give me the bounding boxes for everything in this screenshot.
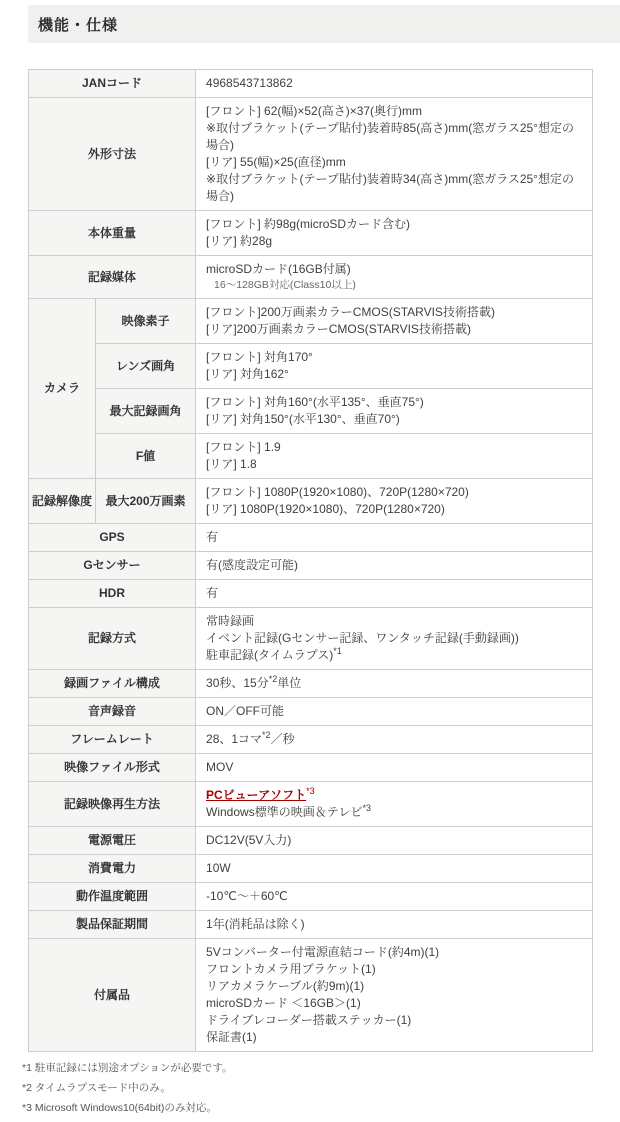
footnote: *2 タイムラプスモード中のみ。 [22,1082,620,1095]
spec-value-line: microSDカード ＜16GB＞(1) [206,995,582,1012]
spec-value-line: 5Vコンバーター付電源直結コード(約4m)(1) [206,944,582,961]
spec-text: 駐車記録(タイムラプス) [206,648,333,662]
spec-row: 本体重量[フロント] 約98g(microSDカード含む)[リア] 約28g [29,211,593,256]
spec-value-line: 保証書(1) [206,1029,582,1046]
spec-label: Gセンサー [29,552,196,580]
section-header-banner: 機能・仕様 [28,5,620,43]
spec-text: 常時録画 [206,614,254,628]
spec-text: [リア] 1080P(1920×1080)、720P(1280×720) [206,502,445,516]
spec-value-line: 有 [206,585,582,602]
spec-value-line: [リア] 55(幅)×25(直径)mm [206,154,582,171]
footnotes: *1 駐車記録には別途オプションが必要です。*2 タイムラプスモード中のみ。*3… [22,1062,620,1115]
spec-row: JANコード4968543713862 [29,70,593,98]
spec-sublabel: 映像素子 [96,299,196,344]
page: 機能・仕様 JANコード4968543713862外形寸法[フロント] 62(幅… [0,5,620,1115]
spec-value-line: 1年(消耗品は除く) [206,916,582,933]
spec-sublabel: F値 [96,434,196,479]
spec-row: カメラ映像素子[フロント]200万画素カラーCMOS(STARVIS技術搭載)[… [29,299,593,344]
spec-value: [フロント] 対角160°(水平135°、垂直75°)[リア] 対角150°(水… [196,389,593,434]
spec-text: イベント記録(Gセンサー記録、ワンタッチ記録(手動録画)) [206,631,519,645]
spec-value-line: MOV [206,759,582,776]
spec-value-line: microSDカード(16GB付属) [206,261,582,278]
spec-value-line: ※取付ブラケット(テープ貼付)装着時85(高さ)mm(窓ガラス25°想定の場合) [206,120,582,154]
spec-text: [リア] 約28g [206,234,272,248]
spec-value-line: 有(感度設定可能) [206,557,582,574]
spec-label: 録画ファイル構成 [29,670,196,698]
spec-row: F値[フロント] 1.9[リア] 1.8 [29,434,593,479]
spec-row: 音声録音ON／OFF可能 [29,698,593,726]
spec-text: 保証書(1) [206,1030,257,1044]
pc-viewer-software-link[interactable]: PCビューアソフト [206,788,306,802]
spec-value: [フロント] 62(幅)×52(高さ)×37(奥行)mm※取付ブラケット(テープ… [196,98,593,211]
spec-value: [フロント] 対角170°[リア] 対角162° [196,344,593,389]
spec-text: [フロント] 対角170° [206,350,313,364]
spec-text: [フロント] 対角160°(水平135°、垂直75°) [206,395,424,409]
spec-row: レンズ画角[フロント] 対角170°[リア] 対角162° [29,344,593,389]
spec-sublabel: レンズ画角 [96,344,196,389]
spec-text: [フロント]200万画素カラーCMOS(STARVIS技術搭載) [206,305,495,319]
spec-text: [リア]200万画素カラーCMOS(STARVIS技術搭載) [206,322,471,336]
spec-label: 製品保証期間 [29,911,196,939]
spec-text: Windows標準の映画＆テレビ [206,805,362,819]
footnote: *3 Microsoft Windows10(64bit)のみ対応。 [22,1102,620,1115]
spec-value-line: リアカメラケーブル(約9m)(1) [206,978,582,995]
spec-row: 最大記録画角[フロント] 対角160°(水平135°、垂直75°)[リア] 対角… [29,389,593,434]
spec-text: 単位 [277,676,301,690]
spec-label: 付属品 [29,939,196,1052]
spec-text: 28、1コマ [206,732,262,746]
spec-value-line: イベント記録(Gセンサー記録、ワンタッチ記録(手動録画)) [206,630,582,647]
spec-value-line: ON／OFF可能 [206,703,582,720]
spec-label: HDR [29,580,196,608]
spec-text: [フロント] 約98g(microSDカード含む) [206,217,410,231]
spec-value: [フロント]200万画素カラーCMOS(STARVIS技術搭載)[リア]200万… [196,299,593,344]
spec-value: 有 [196,580,593,608]
spec-row: 電源電圧DC12V(5V入力) [29,827,593,855]
spec-value: 5Vコンバーター付電源直結コード(約4m)(1)フロントカメラ用ブラケット(1)… [196,939,593,1052]
spec-text: 5Vコンバーター付電源直結コード(約4m)(1) [206,945,439,959]
spec-row: 動作温度範囲-10℃〜＋60℃ [29,883,593,911]
spec-label: JANコード [29,70,196,98]
spec-row: 付属品5Vコンバーター付電源直結コード(約4m)(1)フロントカメラ用ブラケット… [29,939,593,1052]
spec-value-line: [フロント] 62(幅)×52(高さ)×37(奥行)mm [206,103,582,120]
spec-value-line: 駐車記録(タイムラプス)*1 [206,647,582,664]
spec-text: ※取付ブラケット(テープ貼付)装着時34(高さ)mm(窓ガラス25°想定の場合) [206,172,574,203]
spec-text: [リア] 対角162° [206,367,289,381]
spec-row: 記録方式常時録画イベント記録(Gセンサー記録、ワンタッチ記録(手動録画))駐車記… [29,608,593,670]
spec-text: [リア] 1.8 [206,457,257,471]
spec-value-line: 常時録画 [206,613,582,630]
spec-value-line: [リア] 約28g [206,233,582,250]
spec-text: 30秒、15分 [206,676,269,690]
spec-value-line: [リア] 1080P(1920×1080)、720P(1280×720) [206,501,582,518]
spec-value: 10W [196,855,593,883]
spec-text: -10℃〜＋60℃ [206,889,288,903]
spec-value-line: [リア]200万画素カラーCMOS(STARVIS技術搭載) [206,321,582,338]
spec-row: GPS有 [29,524,593,552]
spec-text: 有 [206,530,218,544]
footnote-marker: *3 [362,803,371,813]
spec-row: 外形寸法[フロント] 62(幅)×52(高さ)×37(奥行)mm※取付ブラケット… [29,98,593,211]
footnote: *1 駐車記録には別途オプションが必要です。 [22,1062,620,1075]
spec-value-line: 4968543713862 [206,75,582,92]
spec-text: リアカメラケーブル(約9m)(1) [206,979,364,993]
spec-value-line: [フロント] 1080P(1920×1080)、720P(1280×720) [206,484,582,501]
spec-label: 映像ファイル形式 [29,754,196,782]
spec-value: 常時録画イベント記録(Gセンサー記録、ワンタッチ記録(手動録画))駐車記録(タイ… [196,608,593,670]
spec-value-line: ※取付ブラケット(テープ貼付)装着時34(高さ)mm(窓ガラス25°想定の場合) [206,171,582,205]
spec-value: microSDカード(16GB付属)16〜128GB対応(Class10以上) [196,256,593,299]
spec-table: JANコード4968543713862外形寸法[フロント] 62(幅)×52(高… [28,69,593,1052]
spec-value-line: 28、1コマ*2／秒 [206,731,582,748]
spec-value-line: PCビューアソフト*3 [206,787,582,804]
spec-value-line: Windows標準の映画＆テレビ*3 [206,804,582,821]
spec-label: 外形寸法 [29,98,196,211]
footnote-marker: *1 [333,646,342,656]
spec-label: 記録媒体 [29,256,196,299]
spec-row: 記録解像度最大200万画素[フロント] 1080P(1920×1080)、720… [29,479,593,524]
spec-value-line: [フロント]200万画素カラーCMOS(STARVIS技術搭載) [206,304,582,321]
spec-value: MOV [196,754,593,782]
spec-row: 消費電力10W [29,855,593,883]
spec-label: 消費電力 [29,855,196,883]
spec-text: 4968543713862 [206,76,293,90]
spec-value-line: [フロント] 1.9 [206,439,582,456]
spec-text: 有 [206,586,218,600]
spec-text: [リア] 対角150°(水平130°、垂直70°) [206,412,400,426]
spec-text: 16〜128GB対応(Class10以上) [214,279,356,291]
spec-value: 有 [196,524,593,552]
spec-value: 30秒、15分*2単位 [196,670,593,698]
spec-value-line: [リア] 対角162° [206,366,582,383]
spec-text: [フロント] 1.9 [206,440,281,454]
spec-value-line: [フロント] 対角160°(水平135°、垂直75°) [206,394,582,411]
spec-label: 音声録音 [29,698,196,726]
spec-text: DC12V(5V入力) [206,833,291,847]
spec-row: 映像ファイル形式MOV [29,754,593,782]
footnote-marker: *2 [269,674,278,684]
spec-text: [フロント] 62(幅)×52(高さ)×37(奥行)mm [206,104,422,118]
spec-value-line: 有 [206,529,582,546]
spec-value: DC12V(5V入力) [196,827,593,855]
spec-value-line: [フロント] 対角170° [206,349,582,366]
spec-text: [リア] 55(幅)×25(直径)mm [206,155,346,169]
spec-value: 4968543713862 [196,70,593,98]
page-title: 機能・仕様 [28,14,118,35]
spec-row: 製品保証期間1年(消耗品は除く) [29,911,593,939]
spec-value-line: フロントカメラ用ブラケット(1) [206,961,582,978]
spec-value-line: [フロント] 約98g(microSDカード含む) [206,216,582,233]
spec-row: フレームレート28、1コマ*2／秒 [29,726,593,754]
spec-row: 録画ファイル構成30秒、15分*2単位 [29,670,593,698]
spec-label: 本体重量 [29,211,196,256]
spec-value-line: 10W [206,860,582,877]
spec-label: 記録方式 [29,608,196,670]
spec-text: 有(感度設定可能) [206,558,298,572]
spec-text: microSDカード(16GB付属) [206,262,351,276]
spec-label: フレームレート [29,726,196,754]
spec-label: 記録映像再生方法 [29,782,196,827]
spec-value: [フロント] 約98g(microSDカード含む)[リア] 約28g [196,211,593,256]
spec-text: MOV [206,760,233,774]
spec-value-line: 16〜128GB対応(Class10以上) [206,278,582,293]
spec-text: microSDカード ＜16GB＞(1) [206,996,361,1010]
spec-value-line: [リア] 対角150°(水平130°、垂直70°) [206,411,582,428]
spec-value: 28、1コマ*2／秒 [196,726,593,754]
spec-value: ON／OFF可能 [196,698,593,726]
spec-value: PCビューアソフト*3Windows標準の映画＆テレビ*3 [196,782,593,827]
spec-value-line: -10℃〜＋60℃ [206,888,582,905]
spec-text: 10W [206,861,231,875]
footnote-marker: *2 [262,730,271,740]
spec-value-line: DC12V(5V入力) [206,832,582,849]
spec-label: GPS [29,524,196,552]
spec-text: [フロント] 1080P(1920×1080)、720P(1280×720) [206,485,469,499]
spec-row: 記録映像再生方法PCビューアソフト*3Windows標準の映画＆テレビ*3 [29,782,593,827]
spec-row: HDR有 [29,580,593,608]
spec-row: 記録媒体microSDカード(16GB付属)16〜128GB対応(Class10… [29,256,593,299]
spec-text: ON／OFF可能 [206,704,284,718]
spec-label: 電源電圧 [29,827,196,855]
spec-group-label: 記録解像度 [29,479,96,524]
spec-value: [フロント] 1080P(1920×1080)、720P(1280×720)[リ… [196,479,593,524]
spec-value: 1年(消耗品は除く) [196,911,593,939]
spec-value-line: ドライブレコーダー搭載ステッカー(1) [206,1012,582,1029]
spec-text: 1年(消耗品は除く) [206,917,305,931]
spec-sublabel: 最大記録画角 [96,389,196,434]
spec-group-label: カメラ [29,299,96,479]
spec-value-line: 30秒、15分*2単位 [206,675,582,692]
spec-text: ※取付ブラケット(テープ貼付)装着時85(高さ)mm(窓ガラス25°想定の場合) [206,121,574,152]
spec-value-line: [リア] 1.8 [206,456,582,473]
spec-text: フロントカメラ用ブラケット(1) [206,962,376,976]
spec-row: Gセンサー有(感度設定可能) [29,552,593,580]
spec-text: ／秒 [271,732,295,746]
spec-value: -10℃〜＋60℃ [196,883,593,911]
spec-value: 有(感度設定可能) [196,552,593,580]
spec-label: 動作温度範囲 [29,883,196,911]
spec-sublabel: 最大200万画素 [96,479,196,524]
spec-text: ドライブレコーダー搭載ステッカー(1) [206,1013,411,1027]
spec-value: [フロント] 1.9[リア] 1.8 [196,434,593,479]
footnote-marker: *3 [306,786,315,796]
